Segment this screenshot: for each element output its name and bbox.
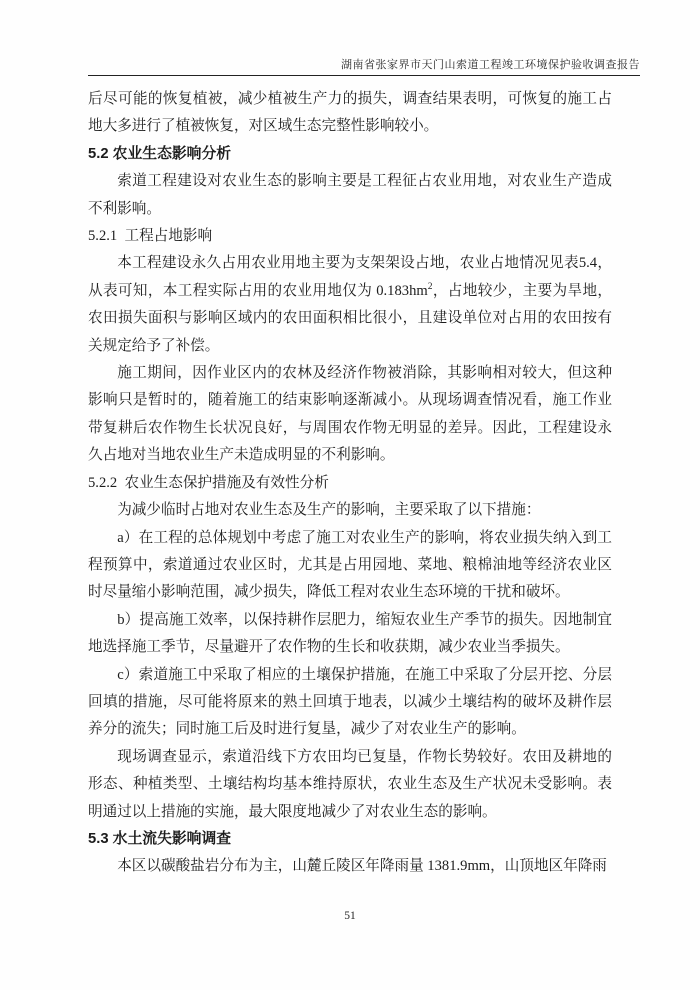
- page-header: 湖南省张家界市天门山索道工程竣工环境保护验收调查报告: [88, 58, 640, 72]
- document-page: 湖南省张家界市天门山索道工程竣工环境保护验收调查报告 后尽可能的恢复植被，减少植…: [0, 0, 700, 990]
- paragraph-construction-period: 施工期间，因作业区内的农林及经济作物被消除，其影响相对较大，但这种影响只是暂时的…: [88, 360, 612, 470]
- paragraph-land-occupation: 本工程建设永久占用农业用地主要为支架架设占地，农业占地情况见表5.4，从表可知，…: [88, 250, 612, 360]
- heading-5-2-1: 5.2.1 工程占地影响: [88, 223, 612, 250]
- paragraph-soil-erosion-intro: 本区以碳酸盐岩分布为主，山麓丘陵区年降雨量 1381.9mm，山顶地区年降雨: [88, 853, 612, 880]
- paragraph-measures-intro: 为减少临时占地对农业生态及生产的影响，主要采取了以下措施：: [88, 497, 612, 524]
- list-item-b: b）提高施工效率，以保持耕作层肥力，缩短农业生产季节的损失。因地制宜地选择施工季…: [88, 607, 612, 662]
- document-body: 后尽可能的恢复植被，减少植被生产力的损失，调查结果表明，可恢复的施工占地大多进行…: [88, 86, 612, 881]
- heading-5-3: 5.3 水土流失影响调查: [88, 826, 612, 853]
- list-item-c: c）索道施工中采取了相应的土壤保护措施，在施工中采取了分层开挖、分层回填的措施，…: [88, 662, 612, 744]
- heading-5-2: 5.2 农业生态影响分析: [88, 141, 612, 168]
- page-number: 51: [344, 910, 356, 922]
- paragraph-field-survey: 现场调查显示，索道沿线下方农田均已复垦，作物长势较好。农田及耕地的形态、种植类型…: [88, 744, 612, 826]
- page-footer: 51: [0, 910, 700, 922]
- heading-5-2-2: 5.2.2 农业生态保护措施及有效性分析: [88, 470, 612, 497]
- list-item-a: a）在工程的总体规划中考虑了施工对农业生产的影响，将农业损失纳入到工程预算中，索…: [88, 525, 612, 607]
- header-divider: [88, 75, 640, 76]
- paragraph-vegetation-restoration: 后尽可能的恢复植被，减少植被生产力的损失，调查结果表明，可恢复的施工占地大多进行…: [88, 86, 612, 141]
- running-header-title: 湖南省张家界市天门山索道工程竣工环境保护验收调查报告: [341, 59, 640, 71]
- paragraph-agriculture-impact-intro: 索道工程建设对农业生态的影响主要是工程征占农业用地，对农业生产造成不利影响。: [88, 168, 612, 223]
